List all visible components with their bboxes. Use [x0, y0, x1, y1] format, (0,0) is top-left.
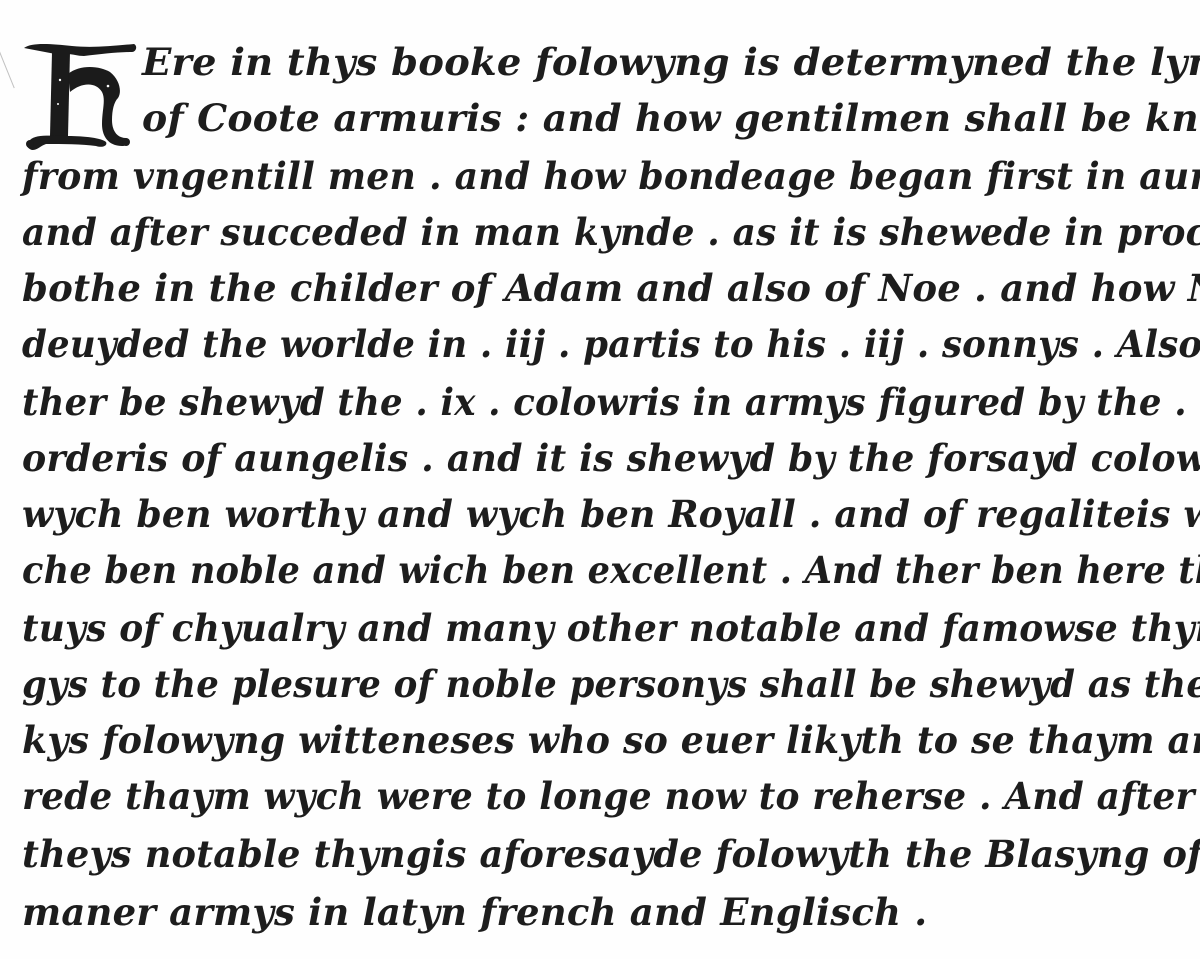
text-line-1: Ere in thys booke folowyng is determyned…	[142, 44, 1200, 81]
text-line-6: deuyded the worlde in . iij . partis to …	[22, 326, 1200, 363]
document-page: Ere in thys booke folowyng is determyned…	[0, 0, 1200, 959]
text-line-11: tuys of chyualry and many other notable …	[22, 610, 1200, 647]
text-line-10: che ben noble and wich ben excellent . A…	[22, 552, 1200, 589]
decorated-initial-h-icon	[22, 40, 140, 152]
scan-artifact-line	[0, 40, 15, 89]
text-line-13: kys folowyng witteneses who so euer liky…	[22, 722, 1200, 759]
text-line-4: and after succeded in man kynde . as it …	[22, 214, 1200, 251]
text-line-15: theys notable thyngis aforesayde folowyt…	[22, 836, 1200, 873]
text-line-16: maner armys in latyn french and Englisch…	[22, 894, 927, 931]
text-line-8: orderis of aungelis . and it is shewyd b…	[22, 440, 1200, 477]
text-line-3: from vngentill men . and how bondeage be…	[22, 158, 1200, 195]
text-line-9: wych ben worthy and wych ben Royall . an…	[22, 496, 1200, 533]
text-line-14: rede thaym wych were to longe now to reh…	[22, 778, 1195, 815]
text-line-5: bothe in the childer of Adam and also of…	[22, 270, 1200, 307]
text-line-7: ther be shewyd the . ix . colowris in ar…	[22, 384, 1200, 421]
text-line-12: gys to the plesure of noble personys sha…	[22, 666, 1200, 703]
text-line-2: of Coote armuris : and how gentilmen sha…	[142, 100, 1200, 137]
